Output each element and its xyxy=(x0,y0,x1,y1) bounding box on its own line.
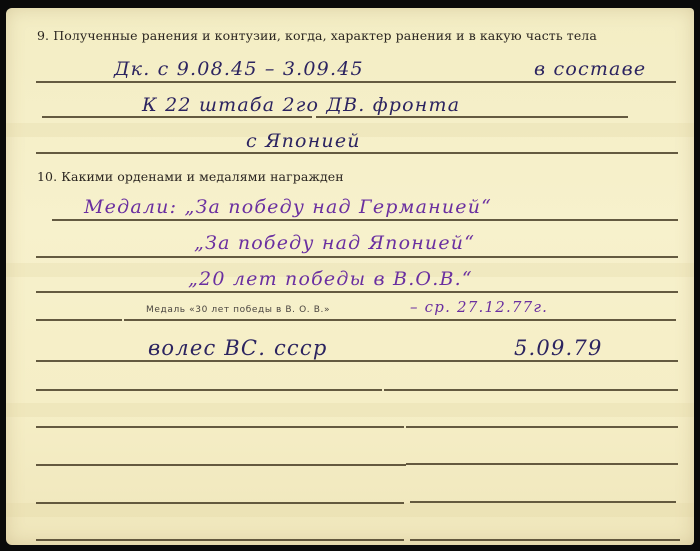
rule-line xyxy=(410,501,676,503)
rule-line xyxy=(406,426,678,428)
paper-fold-band xyxy=(6,503,694,517)
section-9-label: 9. Полученные ранения и контузии, когда,… xyxy=(37,28,597,43)
rule-line xyxy=(36,291,678,293)
wound-entry-1-cont: в составе xyxy=(534,58,646,80)
rule-line xyxy=(36,464,406,466)
award-entry-3: „20 лет победы в В.О.В.“ xyxy=(188,268,473,290)
rule-line xyxy=(36,256,678,258)
medal-stamp-date: – ср. 27.12.77г. xyxy=(410,298,548,316)
award-entry-1: Медали: „За победу над Германией“ xyxy=(84,196,492,218)
rule-line xyxy=(410,539,680,541)
wound-entry-1: Дк. с 9.08.45 – 3.09.45 xyxy=(114,58,364,80)
rule-line xyxy=(124,319,676,321)
rule-line xyxy=(42,116,312,118)
rule-line xyxy=(36,360,678,362)
award-entry-4: волес ВС. ссср xyxy=(148,336,327,360)
wound-entry-2: К 22 штаба 2го ДВ. фронта xyxy=(142,94,460,116)
rule-line xyxy=(316,116,628,118)
wound-entry-3: с Японией xyxy=(246,130,361,152)
rule-line xyxy=(36,539,404,541)
rule-line xyxy=(36,152,336,154)
service-record-card: 9. Полученные ранения и контузии, когда,… xyxy=(6,8,694,545)
rule-line xyxy=(36,426,404,428)
rule-line xyxy=(52,219,678,221)
award-entry-2: „За победу над Японией“ xyxy=(194,232,475,254)
rule-line xyxy=(36,319,122,321)
rule-line xyxy=(36,389,382,391)
rule-line xyxy=(36,81,676,83)
rule-line xyxy=(384,389,678,391)
rule-line xyxy=(406,463,678,465)
section-10-label: 10. Какими орденами и медалями награжден xyxy=(37,169,344,184)
rule-line xyxy=(336,152,678,154)
paper-fold-band xyxy=(6,403,694,417)
rule-line xyxy=(36,502,404,504)
award-entry-4-date: 5.09.79 xyxy=(514,336,603,360)
medal-stamp: Медаль «30 лет победы в В. О. В.» xyxy=(146,305,330,315)
